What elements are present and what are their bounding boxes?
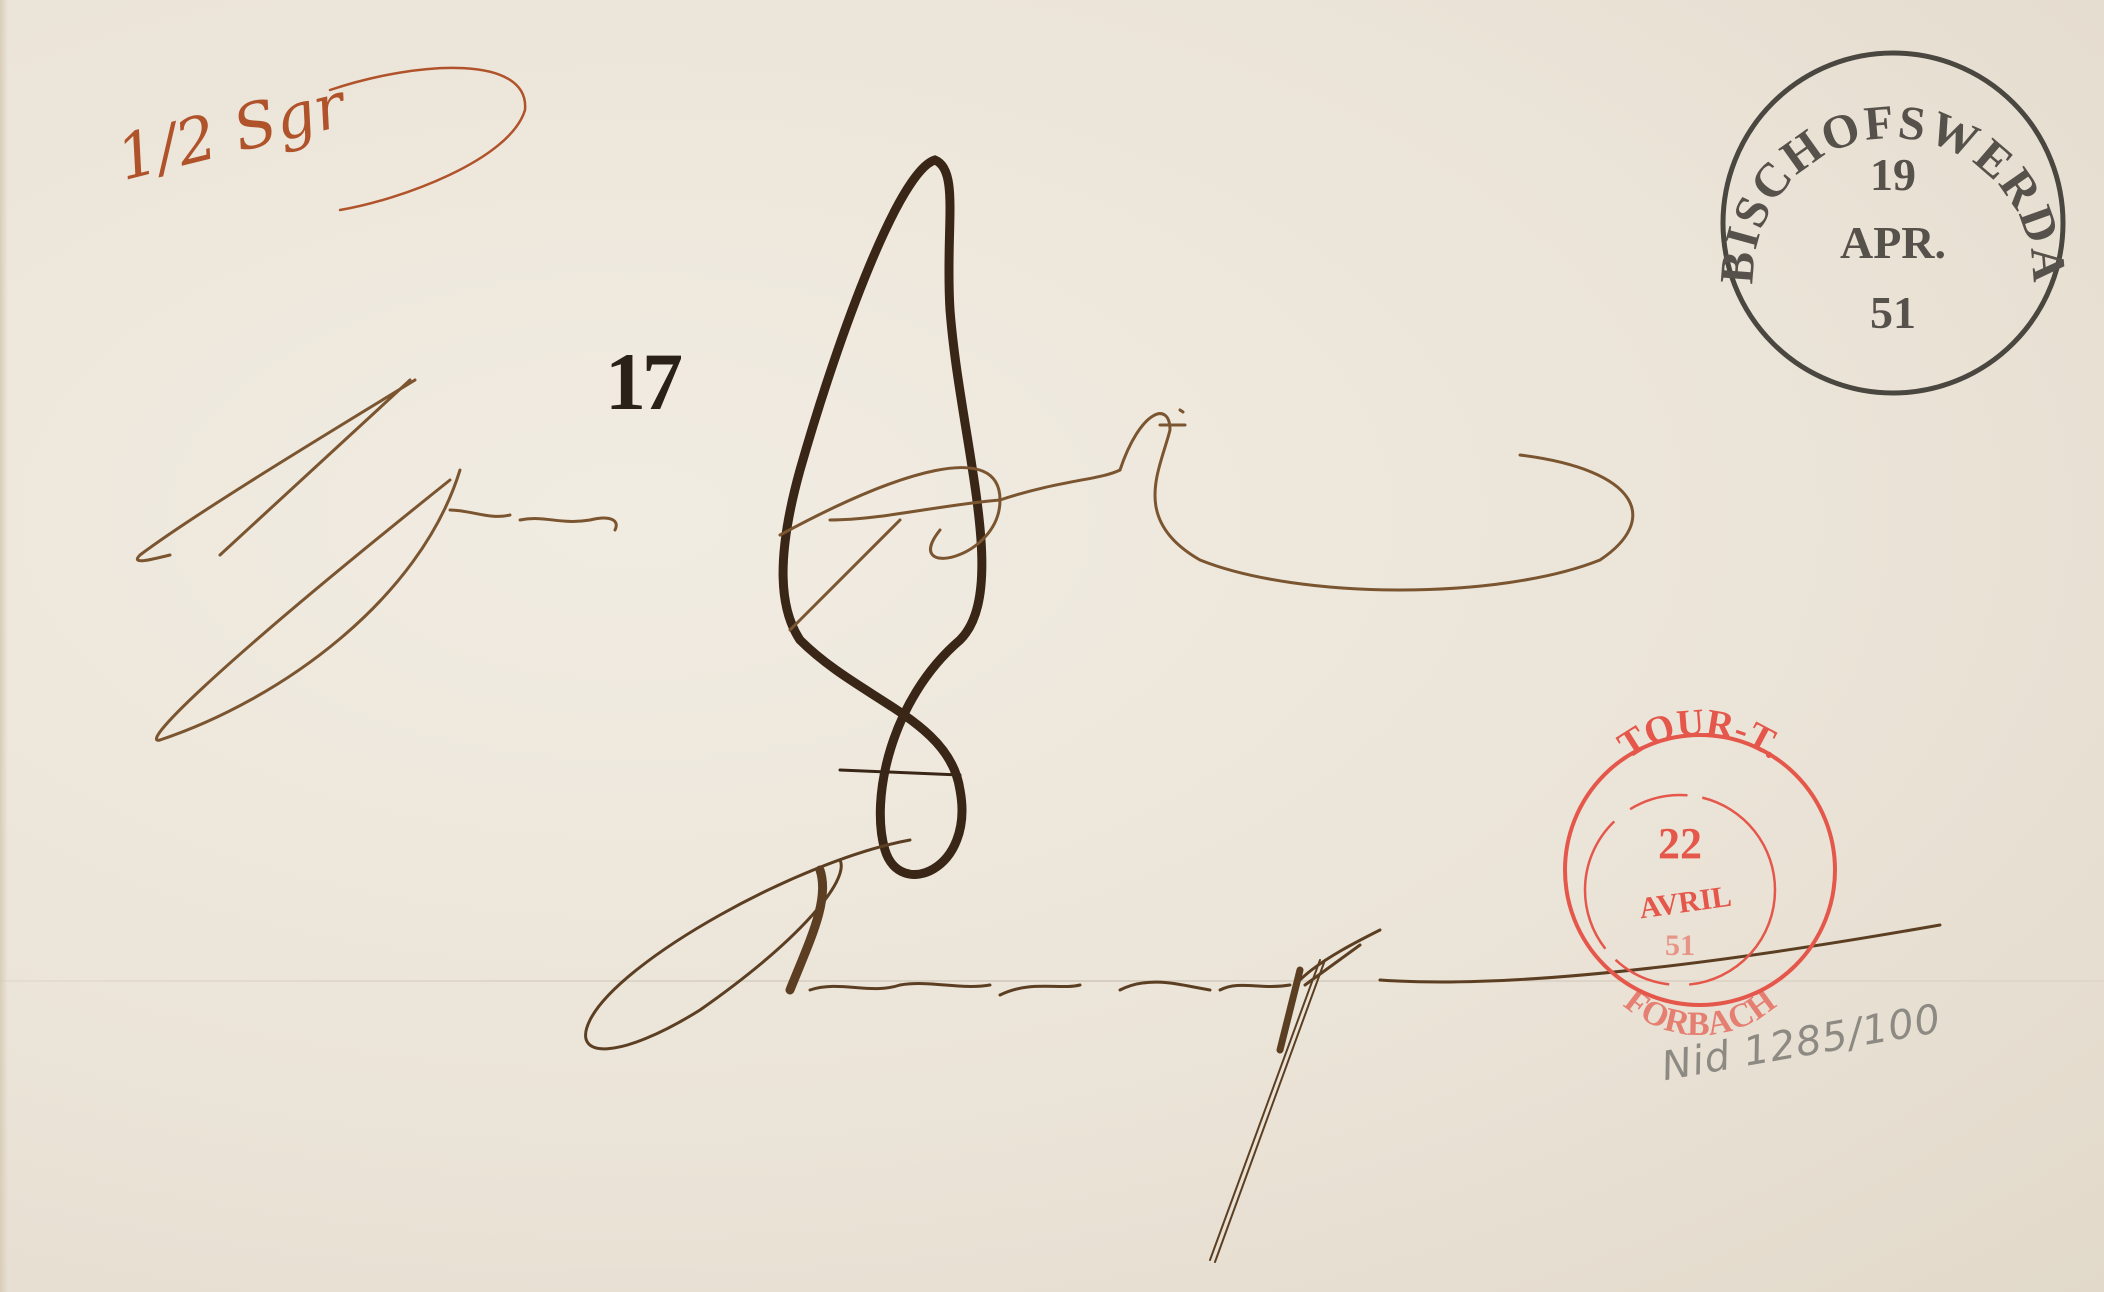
svg-text:TOUR-T.: TOUR-T. xyxy=(1611,701,1791,767)
address-messieurs xyxy=(137,380,616,740)
svg-text:AVRIL: AVRIL xyxy=(1637,880,1734,926)
svg-text:51: 51 xyxy=(1870,287,1916,338)
address-pignard xyxy=(780,410,1633,630)
svg-text:22: 22 xyxy=(1658,819,1702,868)
svg-text:19: 19 xyxy=(1870,149,1916,200)
svg-text:APR.: APR. xyxy=(1840,217,1946,268)
ink-layer: BISCHOFSWERDA 19 APR. 51 TOUR-T. FORBACH… xyxy=(0,0,2104,1292)
manuscript-rate-flourish xyxy=(330,68,525,210)
origin-postmark: BISCHOFSWERDA 19 APR. 51 xyxy=(1710,53,2076,393)
postal-cover: BISCHOFSWERDA 19 APR. 51 TOUR-T. FORBACH… xyxy=(0,0,2104,1292)
svg-text:51: 51 xyxy=(1665,929,1695,962)
handstamp-charge: 17 xyxy=(605,335,679,429)
entry-postmark: TOUR-T. FORBACH 22 AVRIL 51 xyxy=(1565,701,1835,1043)
